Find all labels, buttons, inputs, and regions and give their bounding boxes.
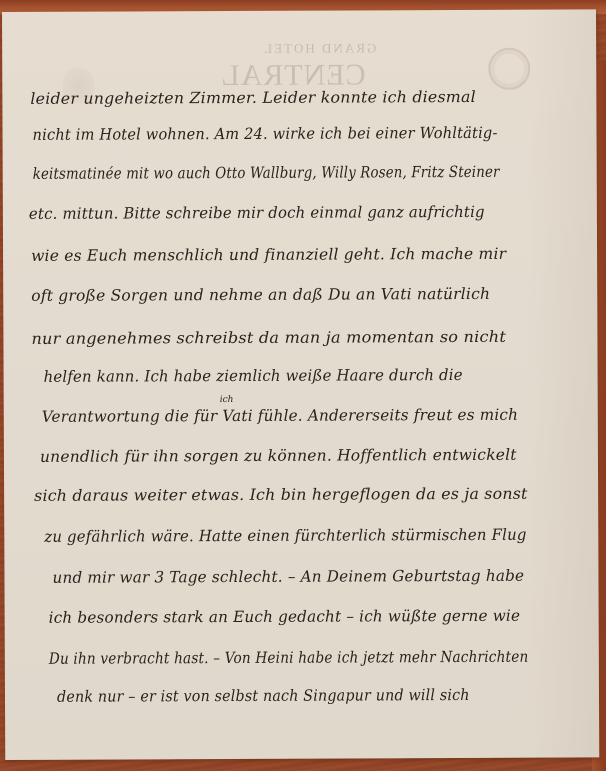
text-line: zu gefährlich wäre. Hatte einen fürchter… [44,526,526,546]
text-line: wie es Euch menschlich und finanziell ge… [31,245,506,265]
text-line: unendlich für ihn sorgen zu können. Hoff… [40,446,517,466]
text-line: und mir war 3 Tage schlecht. – An Deinem… [52,567,524,587]
handwritten-text: leider ungeheizten Zimmer. Leider konnte… [2,9,599,760]
text-line: ich besonders stark an Euch gedacht – ic… [49,607,521,627]
text-line: etc. mittun. Bitte schreibe mir doch ein… [29,203,485,223]
text-line: Verantwortung die für Vati fühle. Andere… [42,406,518,426]
text-line: oft große Sorgen und nehme an daß Du an … [31,285,490,305]
text-line: Du ihn verbracht hast. – Von Heini habe … [49,648,529,668]
text-line: nicht im Hotel wohnen. Am 24. wirke ich … [32,124,497,144]
text-line: leider ungeheizten Zimmer. Leider konnte… [30,88,476,108]
letter-page: GRAND HOTEL CENTRAL leider ungeheizten Z… [2,9,599,760]
text-line: keitsmatinée mit wo auch Otto Wallburg, … [33,163,500,183]
text-line: denk nur – er ist von selbst nach Singap… [57,686,470,706]
text-line: nur angenehmes schreibst da man ja momen… [31,328,506,348]
inserted-word: ich [220,395,234,405]
text-line: helfen kann. Ich habe ziemlich weiße Haa… [44,366,463,386]
text-line: sich daraus weiter etwas. Ich bin hergef… [34,485,528,505]
